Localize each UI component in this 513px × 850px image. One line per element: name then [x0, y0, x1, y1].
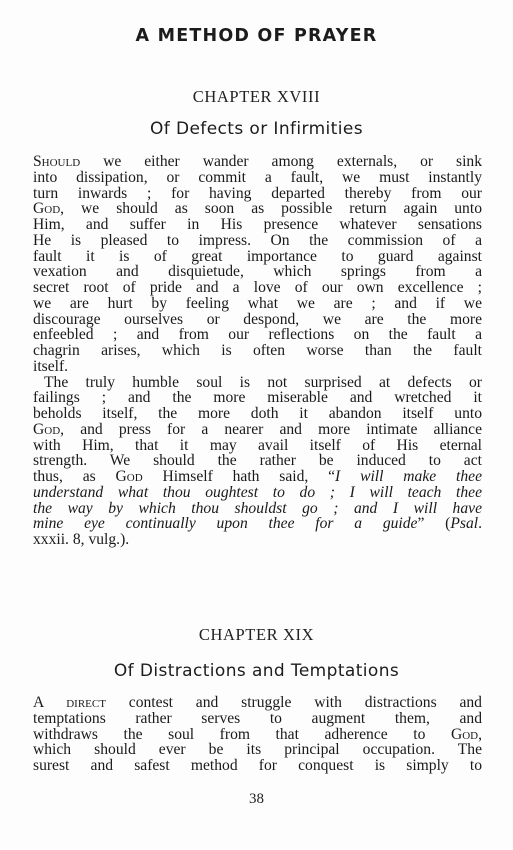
text-line: xxxii. 8, vulg.). — [33, 532, 482, 548]
text-line: temptations rather serves to augment the… — [33, 711, 482, 727]
paragraph: A direct contest and struggle with distr… — [33, 695, 482, 774]
text-line: into dissipation, or commit a fault, we … — [33, 170, 482, 186]
text-line: God, and press for a nearer and more int… — [33, 422, 482, 438]
paragraph: Should we either wander among externals,… — [33, 154, 482, 375]
page-number: 38 — [0, 791, 513, 808]
chapter-19-number: CHAPTER XIX — [0, 625, 513, 645]
text-line: with Him, that it may avail itself of Hi… — [33, 438, 482, 454]
text-line: strength. We should the rather be induce… — [33, 453, 482, 469]
text-line: discourage ourselves or despond, we are … — [33, 312, 482, 328]
text-line: God, we should as soon as possible retur… — [33, 201, 482, 217]
paragraph: The truly humble soul is not surprised a… — [33, 375, 482, 548]
text-line: vexation and disquietude, which springs … — [33, 264, 482, 280]
chapter-19-title: Of Distractions and Temptations — [0, 661, 513, 681]
chapter-18-body: Should we either wander among externals,… — [33, 154, 482, 548]
text-line: chagrin arises, which is often worse tha… — [33, 343, 482, 359]
text-line: fault it is of great importance to guard… — [33, 249, 482, 265]
text-line: A direct contest and struggle with distr… — [33, 695, 482, 711]
text-line: He is pleased to impress. On the commiss… — [33, 233, 482, 249]
text-line: understand what thou oughtest to do ; I … — [33, 485, 482, 501]
text-line: thus, as God Himself hath said, “I will … — [33, 469, 482, 485]
running-title: A METHOD OF PRAYER — [0, 26, 513, 46]
text-line: Him, and suffer in His presence whatever… — [33, 217, 482, 233]
chapter-18-number: CHAPTER XVIII — [0, 87, 513, 107]
book-page: A METHOD OF PRAYER CHAPTER XVIII Of Defe… — [0, 0, 513, 850]
text-line: enfeebled ; and from our reflections on … — [33, 327, 482, 343]
text-line: failings ; and the more miserable and wr… — [33, 390, 482, 406]
text-line: turn inwards ; for having departed there… — [33, 186, 482, 202]
text-line: we are hurt by feeling what we are ; and… — [33, 296, 482, 312]
text-line: the way by which thou shouldst go ; and … — [33, 501, 482, 517]
text-line: withdraws the soul from that adherence t… — [33, 727, 482, 743]
text-line: beholds itself, the more doth it abandon… — [33, 406, 482, 422]
text-line: which should ever be its principal occup… — [33, 742, 482, 758]
text-line: surest and safest method for conquest is… — [33, 758, 482, 774]
text-line: secret root of pride and a love of our o… — [33, 280, 482, 296]
text-line: itself. — [33, 359, 482, 375]
text-line: The truly humble soul is not surprised a… — [33, 375, 482, 391]
chapter-19-body: A direct contest and struggle with distr… — [33, 695, 482, 774]
text-line: Should we either wander among externals,… — [33, 154, 482, 170]
text-line: mine eye continually upon thee for a gui… — [33, 516, 482, 532]
chapter-18-title: Of Defects or Infirmities — [0, 119, 513, 139]
